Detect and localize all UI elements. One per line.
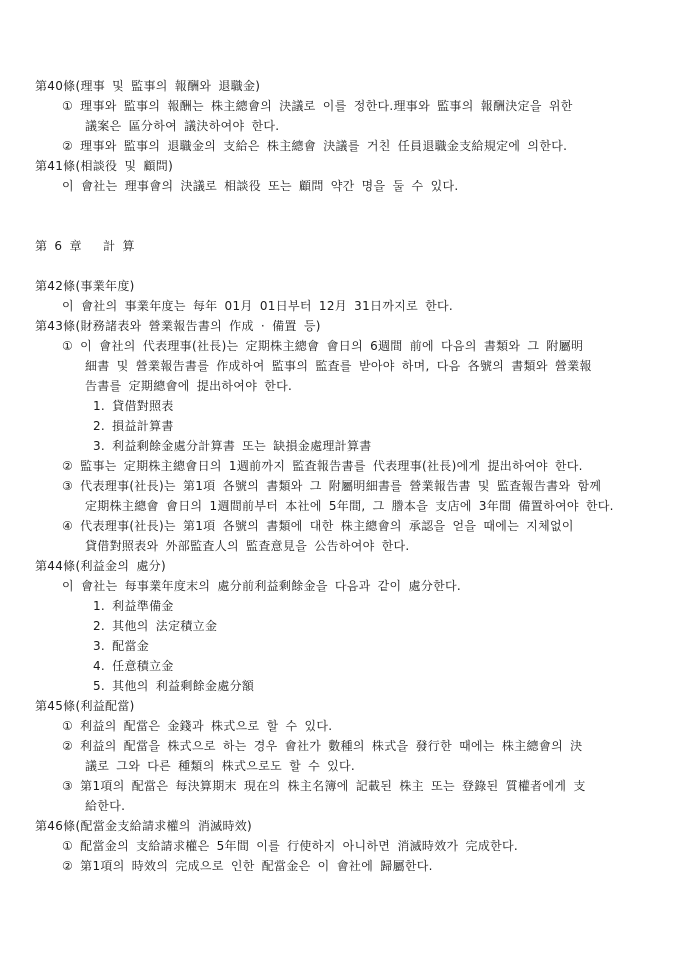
chapter-heading: 第 6 章 計 算 — [0, 236, 680, 256]
list-item: 3. 利益剩餘金處分計算書 또는 缺損金處理計算書 — [0, 436, 680, 456]
list-item: 1. 貸借對照表 — [0, 396, 680, 416]
clause: ② 利益의 配當을 株式으로 하는 경우 會社가 數種의 株式을 發行한 때에는… — [0, 736, 680, 756]
document-body: 第40條(理事 및 監事의 報酬와 退職金)① 理事와 監事의 報酬는 株主總會… — [0, 0, 680, 876]
list-item: 2. 其他의 法定積立金 — [0, 616, 680, 636]
continuation: 告書를 定期總會에 提出하여야 한다. — [0, 376, 680, 396]
continuation: 貸借對照表와 外部監査人의 監査意見을 公告하여야 한다. — [0, 536, 680, 556]
list-item: 4. 任意積立金 — [0, 656, 680, 676]
body: 이 會社는 理事會의 決議로 相談役 또는 顧問 약간 명을 둘 수 있다. — [0, 176, 680, 196]
blank-line — [0, 216, 680, 236]
clause: ① 理事와 監事의 報酬는 株主總會의 決議로 이를 정한다.理事와 監事의 報… — [0, 96, 680, 116]
article-heading: 第42條(事業年度) — [0, 276, 680, 296]
article-heading: 第44條(利益金의 處分) — [0, 556, 680, 576]
continuation: 議案은 區分하여 議決하여야 한다. — [0, 116, 680, 136]
clause: ③ 第1項의 配當은 每決算期末 現在의 株主名簿에 記載된 株主 또는 登錄된… — [0, 776, 680, 796]
list-item: 5. 其他의 利益剩餘金處分額 — [0, 676, 680, 696]
continuation: 議로 그와 다른 種類의 株式으로도 할 수 있다. — [0, 756, 680, 776]
clause: ② 第1項의 時效의 完成으로 인한 配當金은 이 會社에 歸屬한다. — [0, 856, 680, 876]
document-page: 第40條(理事 및 監事의 報酬와 退職金)① 理事와 監事의 報酬는 株主總會… — [0, 0, 680, 962]
article-heading: 第40條(理事 및 監事의 報酬와 退職金) — [0, 76, 680, 96]
continuation: 細書 및 營業報告書를 作成하여 監事의 監査를 받아야 하며, 다음 各號의 … — [0, 356, 680, 376]
article-heading: 第41條(相談役 및 顧問) — [0, 156, 680, 176]
continuation: 給한다. — [0, 796, 680, 816]
clause: ③ 代表理事(社長)는 第1項 各號의 書類와 그 附屬明細書를 營業報告書 및… — [0, 476, 680, 496]
continuation: 定期株主總會 會日의 1週間前부터 本社에 5年間, 그 謄本을 支店에 3年間… — [0, 496, 680, 516]
clause: ④ 代表理事(社長)는 第1項 各號의 書類에 대한 株主總會의 承認을 얻을 … — [0, 516, 680, 536]
clause: ① 利益의 配當은 金錢과 株式으로 할 수 있다. — [0, 716, 680, 736]
clause: ② 監事는 定期株主總會日의 1週前까지 監査報告書를 代表理事(社長)에게 提… — [0, 456, 680, 476]
blank-line — [0, 196, 680, 216]
article-heading: 第46條(配當金支給請求權의 消滅時效) — [0, 816, 680, 836]
article-heading: 第43條(財務諸表와 營業報告書의 作成 · 備置 등) — [0, 316, 680, 336]
body: 이 會社는 每事業年度末의 處分前利益剩餘金을 다음과 같이 處分한다. — [0, 576, 680, 596]
article-heading: 第45條(利益配當) — [0, 696, 680, 716]
list-item: 1. 利益準備金 — [0, 596, 680, 616]
clause: ① 配當金의 支給請求權은 5年間 이를 行使하지 아니하면 消滅時效가 完成한… — [0, 836, 680, 856]
list-item: 3. 配當金 — [0, 636, 680, 656]
list-item: 2. 損益計算書 — [0, 416, 680, 436]
clause: ② 理事와 監事의 退職金의 支給은 株主總會 決議를 거친 任員退職金支給規定… — [0, 136, 680, 156]
blank-line — [0, 256, 680, 276]
body: 이 會社의 事業年度는 每年 01月 01日부터 12月 31日까지로 한다. — [0, 296, 680, 316]
clause: ① 이 會社의 代表理事(社長)는 定期株主總會 會日의 6週間 前에 다음의 … — [0, 336, 680, 356]
